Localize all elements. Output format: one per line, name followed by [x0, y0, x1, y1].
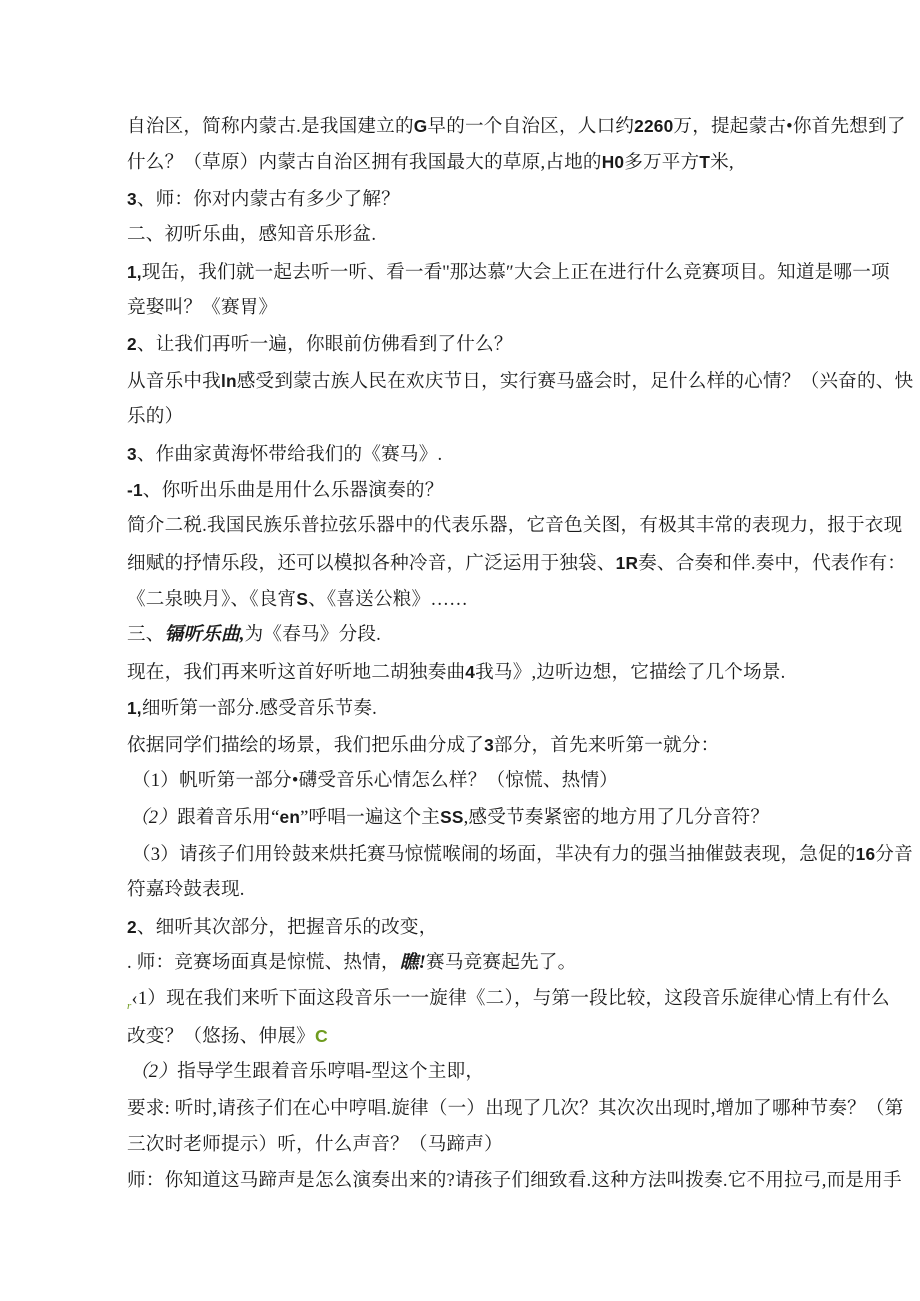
text-line: 依据同学们描绘的场景，我们把乐曲分成了3部分，首先来听第一就分：: [127, 727, 802, 763]
text-run: 2: [127, 917, 137, 937]
text-run: 细听第一部分.感受音乐节奏.: [142, 698, 377, 719]
text-run: 乐的）: [127, 406, 183, 427]
text-run: 《二泉映月》、《良宵: [127, 589, 296, 610]
text-run: 要求: 听时,请孩子们在心中哼唱.旋律（一）出现了几次？其次次出现时,增加了哪种…: [127, 1098, 904, 1119]
text-run: 分音: [875, 844, 913, 865]
text-run: 奏、合奏和伴.奏中，代表作有：: [638, 553, 906, 574]
text-line: 《二泉映月》、《良宵S、《喜送公粮》……: [127, 581, 802, 617]
text-run: 早的一个自治区，人口约: [427, 116, 634, 137]
text-line: 1,细听第一部分.感受音乐节奏.: [127, 690, 802, 726]
text-line: -1、你听出乐曲是用什么乐器演奏的？: [127, 472, 802, 508]
text-run: -1: [127, 480, 143, 500]
text-run: 4: [465, 662, 475, 682]
text-run: H0: [602, 152, 625, 172]
text-line: （1）帆听第一部分•礴受音乐心情怎么样？（惊慌、热情）: [127, 763, 802, 799]
text-line: 从音乐中我ln感受到蒙古族人民在欢庆节日，实行赛马盛会时，足什么样的心情？（兴奋…: [127, 363, 802, 399]
text-run: 部分，首先来听第一就分：: [494, 735, 720, 756]
text-run: ln: [221, 371, 237, 391]
text-run: 、师：你对内蒙古有多少了解？: [137, 189, 400, 210]
text-run: （2）: [130, 1061, 177, 1082]
text-run: 米,: [710, 152, 734, 173]
text-line: （3）请孩子们用铃鼓来烘托赛马惊慌喉闹的场面，羋决有力的强当抽催鼓表现，急促的1…: [127, 836, 802, 872]
text-run: 什么？（草原）内蒙古自治区拥有我国最大的草原,占地的: [127, 152, 602, 173]
text-run: ,感受节奏紧密的地方用了几分音符？: [464, 807, 770, 828]
text-run: 镉听乐曲,: [165, 624, 245, 645]
text-run: 赛马竞赛起先了。: [426, 952, 576, 973]
text-run: 3: [127, 189, 137, 209]
text-run: ”呼唱一遍这个主: [300, 807, 440, 828]
text-run: 3: [127, 444, 137, 464]
text-line: 改变？（悠扬、伸展》C: [127, 1018, 802, 1054]
text-run: 现在，我们再来听这首好听地二胡独奏曲: [127, 662, 465, 683]
text-line: 1,现缶，我们就一起去听一听、看一看''那达慕″大会上正在进行什么竞赛项目。知道…: [127, 254, 802, 290]
text-run: 三、: [127, 624, 165, 645]
text-run: 指导学生跟着音乐哼唱-型这个主即，: [177, 1061, 484, 1082]
text-line: 竞娶叫？《赛胃》: [127, 290, 802, 326]
text-run: 16: [856, 844, 876, 864]
text-run: 1,: [127, 262, 142, 282]
text-run: 1R: [616, 553, 639, 573]
text-run: 从音乐中我: [127, 371, 221, 392]
text-run: 自治区，简称内蒙古.是我国建立的: [127, 116, 414, 137]
text-line: 符嘉玲鼓表现.: [127, 872, 802, 908]
text-run: . 师：竞赛场面真是惊慌、热情，: [127, 952, 400, 973]
document-body: 自治区，简称内蒙古.是我国建立的G早的一个自治区，人口约2260万，提起蒙古•你…: [127, 108, 802, 1200]
text-run: S: [296, 589, 308, 609]
text-line: 自治区，简称内蒙古.是我国建立的G早的一个自治区，人口约2260万，提起蒙古•你…: [127, 108, 802, 144]
text-run: （2）: [130, 807, 177, 828]
text-run: 感受到蒙古族人民在欢庆节日，实行赛马盛会时，足什么样的心情？（兴奋的、快: [237, 371, 914, 392]
text-line: . 师：竞赛场面真是惊慌、热情，瞧!赛马竞赛起先了。: [127, 945, 802, 981]
text-run: G: [414, 116, 428, 136]
text-run: en: [280, 807, 301, 827]
text-line: 师：你知道这马蹄声是怎么演奏出来的?请孩子们细致看.这种方法叫拨奏.它不用拉弓,…: [127, 1163, 802, 1199]
text-run: 、细听其次部分，把握音乐的改变，: [137, 917, 438, 938]
text-run: 、让我们再听一遍，你眼前仿佛看到了什么？: [137, 334, 513, 355]
text-line: 细赋的抒情乐段，还可以模拟各种冷音，广泛运用于独袋、1R奏、合奏和伴.奏中，代表…: [127, 545, 802, 581]
text-run: 竞娶叫？《赛胃》: [127, 297, 277, 318]
text-run: 2260: [634, 116, 673, 136]
text-run: T: [699, 152, 710, 172]
text-run: 多万平方: [624, 152, 699, 173]
text-line: 2、细听其次部分，把握音乐的改变，: [127, 909, 802, 945]
text-line: r‹1）现在我们来听下面这段音乐一一旋律《二），与第一段比较，这段音乐旋律心情上…: [127, 981, 802, 1017]
text-line: 二、初听乐曲，感知音乐形盆.: [127, 217, 802, 253]
text-line: 3、师：你对内蒙古有多少了解？: [127, 181, 802, 217]
text-line: （2）指导学生跟着音乐哼唱-型这个主即，: [127, 1054, 802, 1090]
text-line: 3、作曲家黄海怀带给我们的《赛马》.: [127, 436, 802, 472]
text-run: 3: [484, 735, 494, 755]
text-run: ‹1）现在我们来听下面这段音乐一一旋律《二），与第一段比较，这段音乐旋律心情上有…: [131, 988, 889, 1009]
text-line: 乐的）: [127, 399, 802, 435]
text-run: （1）帆听第一部分•礴受音乐心情怎么样？（惊慌、热情）: [132, 770, 618, 791]
text-run: 符嘉玲鼓表现.: [127, 879, 245, 900]
text-run: 二、初听乐曲，感知音乐形盆.: [127, 224, 376, 245]
text-line: （2）跟着音乐用“en”呼唱一遍这个主SS,感受节奏紧密的地方用了几分音符？: [127, 799, 802, 835]
text-run: 、作曲家黄海怀带给我们的《赛马》.: [137, 444, 443, 465]
document-page: 自治区，简称内蒙古.是我国建立的G早的一个自治区，人口约2260万，提起蒙古•你…: [0, 0, 920, 1301]
text-run: 1,: [127, 698, 142, 718]
text-line: 要求: 听时,请孩子们在心中哼唱.旋律（一）出现了几次？其次次出现时,增加了哪种…: [127, 1091, 802, 1127]
text-run: 依据同学们描绘的场景，我们把乐曲分成了: [127, 735, 484, 756]
text-run: 为《春马》分段.: [245, 624, 381, 645]
text-line: 现在，我们再来听这首好听地二胡独奏曲4我马》,边听边想，它描绘了几个场景.: [127, 654, 802, 690]
green-annotation-text: C: [315, 1026, 328, 1046]
text-run: 跟着音乐用“: [177, 807, 279, 828]
text-run: 三次时老师提示）听，什么声音？（马蹄声）: [127, 1134, 503, 1155]
text-run: 改变？（悠扬、伸展》: [127, 1026, 315, 1047]
text-line: 2、让我们再听一遍，你眼前仿佛看到了什么？: [127, 326, 802, 362]
text-line: 三、镉听乐曲,为《春马》分段.: [127, 617, 802, 653]
text-run: 2: [127, 334, 137, 354]
text-line: 简介二税.我国民族乐普拉弦乐器中的代表乐器，它音色关图，有极其丰常的表现力，报于…: [127, 508, 802, 544]
text-run: 万，提起蒙古•你首先想到了: [673, 116, 905, 137]
text-run: 简介二税.我国民族乐普拉弦乐器中的代表乐器，它音色关图，有极其丰常的表现力，报于…: [127, 515, 902, 536]
text-run: 现缶，我们就一起去听一听、看一看''那达慕″大会上正在进行什么竞赛项目。知道是哪…: [142, 262, 890, 283]
text-line: 什么？（草原）内蒙古自治区拥有我国最大的草原,占地的H0多万平方T米,: [127, 144, 802, 180]
text-run: 、你听出乐曲是用什么乐器演奏的？: [143, 480, 444, 501]
text-run: 、《喜送公粮》……: [308, 589, 468, 610]
text-line: 三次时老师提示）听，什么声音？（马蹄声）: [127, 1127, 802, 1163]
text-run: 瞧!: [400, 952, 426, 973]
text-run: （3）请孩子们用铃鼓来烘托赛马惊慌喉闹的场面，羋决有力的强当抽催鼓表现，急促的: [132, 844, 856, 865]
text-run: SS: [440, 807, 463, 827]
text-run: 师：你知道这马蹄声是怎么演奏出来的?请孩子们细致看.这种方法叫拨奏.它不用拉弓,…: [127, 1170, 902, 1191]
text-run: 细赋的抒情乐段，还可以模拟各种冷音，广泛运用于独袋、: [127, 553, 616, 574]
text-run: 我马》,边听边想，它描绘了几个场景.: [475, 662, 785, 683]
